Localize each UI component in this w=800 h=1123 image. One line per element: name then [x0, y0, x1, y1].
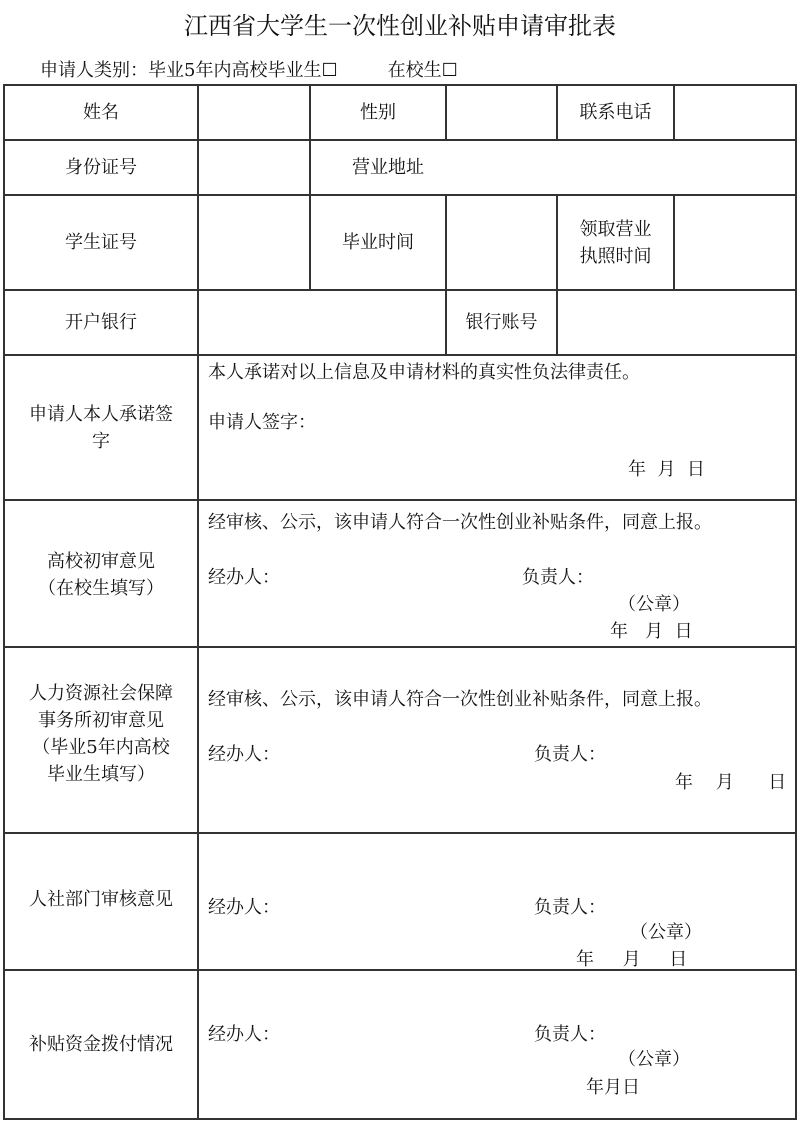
hr-office-review-statement: 经审核、公示，该申请人符合一次性创业补贴条件，同意上报。 [208, 685, 712, 711]
category-option-graduate[interactable]: 毕业5年内高校毕业生☐ [148, 60, 338, 81]
graduation-time-label: 毕业时间 [311, 196, 445, 289]
student-id-field[interactable] [199, 196, 309, 289]
student-id-label: 学生证号 [5, 196, 197, 289]
subsidy-payment-date: 年月日 [586, 1073, 640, 1099]
school-review-label-line1: 高校初审意见 [47, 548, 155, 575]
id-label: 身份证号 [5, 141, 197, 194]
pledge-label: 申请人本人承诺签 字 [5, 356, 197, 499]
applicant-signature-label: 申请人签字： [208, 408, 316, 434]
hr-dept-review-handler: 经办人： [208, 893, 280, 919]
hr-office-review-label-line2: 事务所初审意见 [38, 707, 164, 734]
hr-office-review-label-line1: 人力资源社会保障 [29, 680, 173, 707]
hr-dept-review-responsible: 负责人： [534, 893, 606, 919]
phone-label: 联系电话 [558, 86, 673, 139]
license-time-label-line1: 领取营业 [580, 216, 652, 243]
license-time-label-line2: 执照时间 [580, 243, 652, 270]
subsidy-payment-label: 补贴资金拨付情况 [5, 971, 197, 1118]
pledge-statement: 本人承诺对以上信息及申请材料的真实性负法律责任。 [208, 358, 640, 384]
school-review-date: 年 月 日 [610, 617, 693, 643]
school-review-statement: 经审核、公示，该申请人符合一次性创业补贴条件，同意上报。 [208, 508, 712, 534]
applicant-category: 申请人类别：毕业5年内高校毕业生☐在校生☐ [40, 56, 458, 82]
name-field[interactable] [199, 86, 309, 139]
pledge-label-line1: 申请人本人承诺签 [29, 401, 173, 428]
hr-dept-review-date: 年 月 日 [576, 945, 687, 971]
hr-office-review-responsible: 负责人： [534, 740, 606, 766]
account-field[interactable] [558, 291, 795, 354]
gender-label: 性别 [311, 86, 445, 139]
category-label: 申请人类别： [40, 60, 148, 81]
school-review-handler: 经办人： [208, 563, 280, 589]
subsidy-payment-responsible: 负责人： [534, 1020, 606, 1046]
license-time-label: 领取营业 执照时间 [558, 196, 673, 289]
hr-office-review-label-line4: 毕业生填写） [47, 761, 155, 788]
school-review-responsible: 负责人： [522, 563, 594, 589]
category-option-student[interactable]: 在校生☐ [388, 60, 458, 81]
school-review-label: 高校初审意见 （在校生填写） [5, 501, 197, 646]
phone-field[interactable] [675, 86, 795, 139]
id-field[interactable] [199, 141, 309, 194]
gender-field[interactable] [447, 86, 556, 139]
bank-label: 开户银行 [5, 291, 197, 354]
subsidy-payment-handler: 经办人： [208, 1020, 280, 1046]
hr-dept-review-label: 人社部门审核意见 [5, 834, 197, 969]
business-address-label: 营业地址 [311, 141, 445, 194]
name-label: 姓名 [5, 86, 197, 139]
graduation-time-field[interactable] [447, 196, 556, 289]
pledge-date: 年 月 日 [628, 455, 705, 481]
form-title: 江西省大学生一次性创业补贴申请审批表 [0, 6, 800, 41]
hr-dept-review-seal: （公章） [630, 918, 702, 944]
hr-office-review-label-line3: （毕业5年内高校 [32, 734, 169, 761]
business-address-field[interactable] [447, 141, 795, 194]
bank-field[interactable] [199, 291, 445, 354]
license-time-field[interactable] [675, 196, 795, 289]
school-review-seal: （公章） [618, 590, 690, 616]
hr-office-review-label: 人力资源社会保障 事务所初审意见 （毕业5年内高校 毕业生填写） [5, 648, 197, 832]
pledge-label-line2: 字 [92, 428, 110, 455]
account-label: 银行账号 [447, 291, 556, 354]
hr-office-review-handler: 经办人： [208, 740, 280, 766]
subsidy-payment-seal: （公章） [618, 1045, 690, 1071]
hr-office-review-date: 年 月 日 [675, 768, 786, 794]
school-review-label-line2: （在校生填写） [38, 575, 164, 602]
